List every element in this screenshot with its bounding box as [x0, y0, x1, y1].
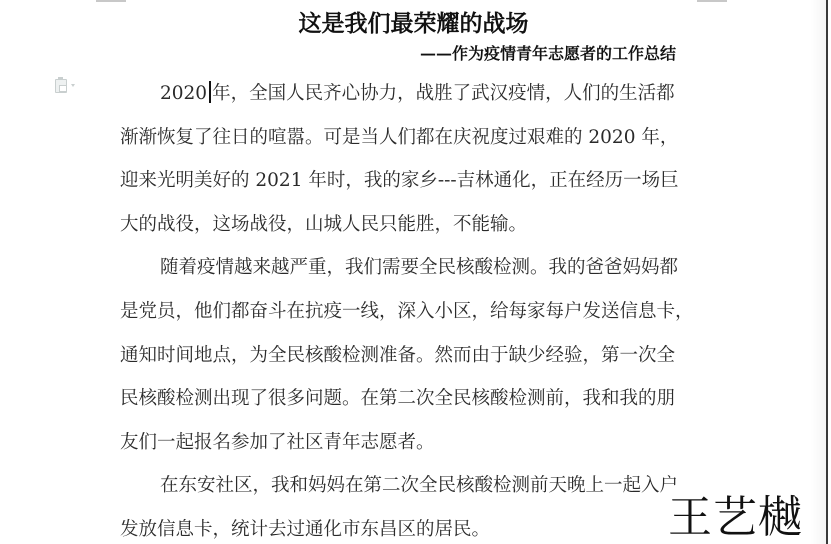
paragraph-1-line-3: 迎来光明美好的 2021 年时，我的家乡---吉林通化，正在经历一场巨 [120, 159, 700, 203]
author-name-overlay: 王艺樾 [664, 492, 809, 544]
paragraph-1-line-1: 2020年，全国人民齐心协力，战胜了武汉疫情，人们的生活都 [120, 72, 700, 116]
paragraph-2-line-5: 友们一起报名参加了社区青年志愿者。 [120, 421, 700, 465]
paste-options-dropdown-icon[interactable] [71, 84, 75, 87]
text-run: 2020 [160, 83, 207, 104]
document-subtitle[interactable]: ——作为疫情青年志愿者的工作总结 [420, 41, 676, 64]
document-page: 这是我们最荣耀的战场 ——作为疫情青年志愿者的工作总结 2020年，全国人民齐心… [0, 0, 831, 544]
paragraph-2-line-1: 随着疫情越来越严重，我们需要全民核酸检测。我的爸爸妈妈都 [120, 246, 700, 290]
top-left-margin-mark [96, 0, 126, 2]
top-right-margin-mark [697, 0, 727, 2]
paragraph-1-line-2: 渐渐恢复了往日的喧嚣。可是当人们都在庆祝度过艰难的 2020 年， [120, 116, 700, 160]
paragraph-3-line-2: 发放信息卡，统计去过通化市东昌区的居民。 [120, 508, 700, 544]
document-title-text: 这是我们最荣耀的战场 [299, 5, 529, 38]
document-body[interactable]: 2020年，全国人民齐心协力，战胜了武汉疫情，人们的生活都 渐渐恢复了往日的喧嚣… [120, 72, 700, 544]
text-run: 年，全国人民齐心协力，战胜了武汉疫情，人们的生活都 [212, 83, 675, 104]
page-edge-shadow [810, 0, 826, 544]
text-cursor [209, 81, 211, 103]
paragraph-2-line-2: 是党员，他们都奋斗在抗疫一线，深入小区，给每家每户发送信息卡， [120, 290, 700, 334]
paragraph-2-line-4: 民核酸检测出现了很多问题。在第二次全民核酸检测前，我和我的朋 [120, 377, 700, 421]
paragraph-3-line-1: 在东安社区，我和妈妈在第二次全民核酸检测前天晚上一起入户 [120, 464, 700, 508]
paste-options-icon[interactable] [55, 79, 67, 93]
paragraph-1-line-4: 大的战役，这场战役，山城人民只能胜，不能输。 [120, 203, 700, 247]
paragraph-2-line-3: 通知时间地点，为全民核酸检测准备。然而由于缺少经验，第一次全 [120, 334, 700, 378]
page-right-edge [826, 0, 828, 544]
document-title[interactable]: 这是我们最荣耀的战场 [0, 5, 831, 38]
